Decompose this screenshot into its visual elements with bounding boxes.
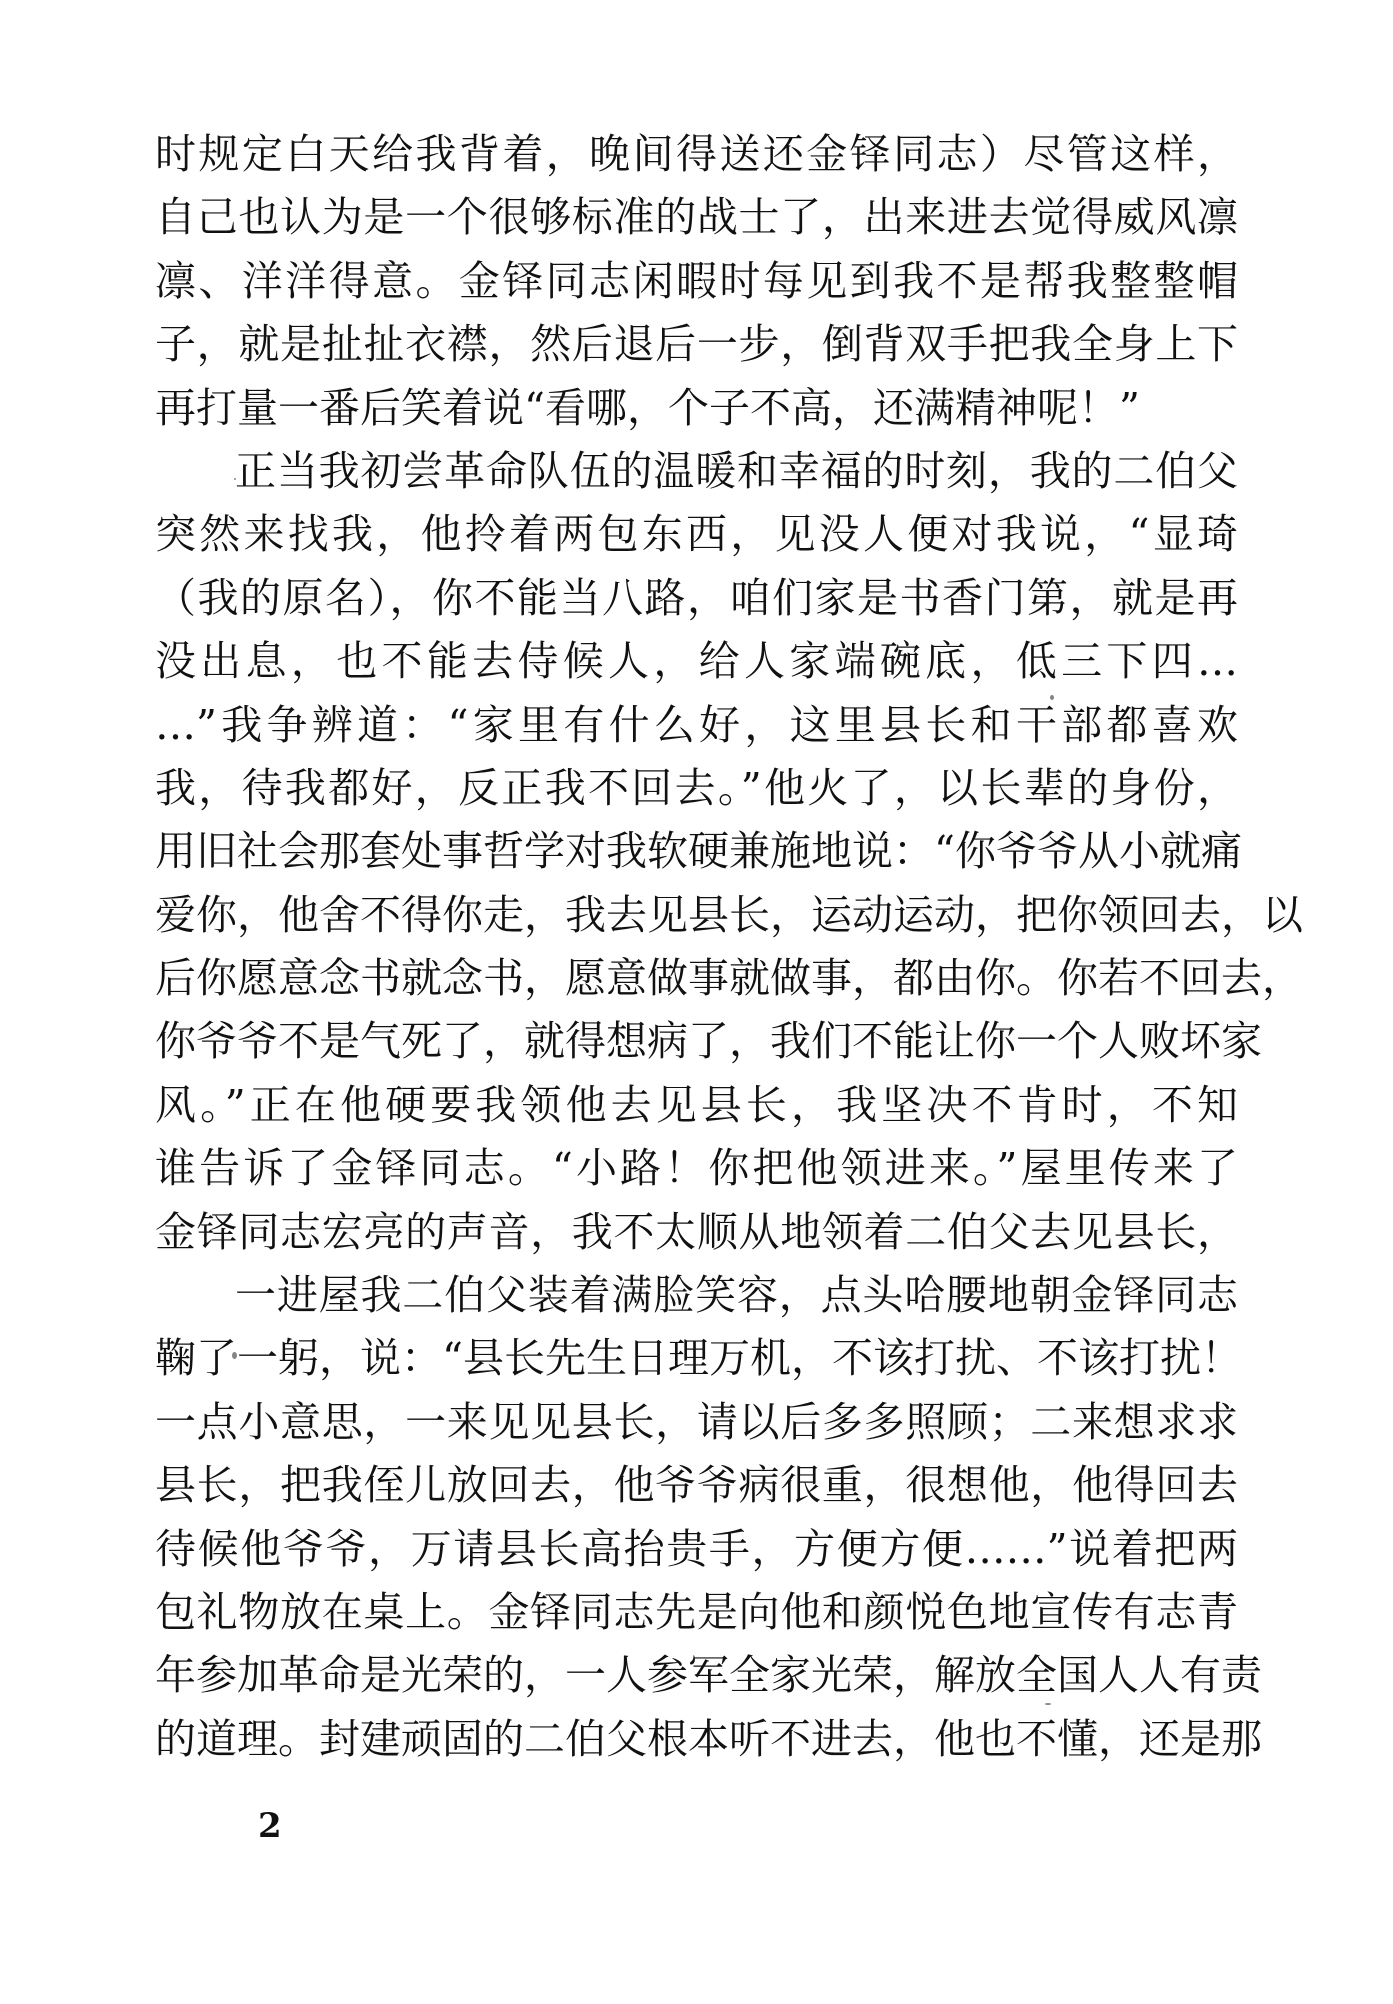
text-line: 谁告诉了金铎同志。“小路！你把他领进来。”屋里传来了 xyxy=(155,1137,1238,1200)
text-line: （我的原名），你不能当八路，咱们家是书香门第，就是再 xyxy=(155,567,1238,630)
text-line: 再打量一番后笑着说“看哪，个子不高，还满精神呢！” xyxy=(155,377,1238,440)
text-line: 一点小意思，一来见见县长，请以后多多照顾；二来想求求 xyxy=(155,1391,1238,1454)
text-line: 风。”正在他硬要我领他去见县长，我坚决不肯时，不知 xyxy=(155,1074,1238,1137)
text-line: 子，就是扯扯衣襟，然后退后一步，倒背双手把我全身上下 xyxy=(155,313,1238,376)
page-number: 2 xyxy=(258,1806,282,1846)
text-line: 的道理。封建顽固的二伯父根本听不进去，他也不懂，还是那 xyxy=(155,1708,1238,1771)
scanned-book-page: 时规定白天给我背着，晚间得送还金铎同志）尽管这样， 自己也认为是一个很够标准的战… xyxy=(0,0,1393,2004)
text-line: 你爷爷不是气死了，就得想病了，我们不能让你一个人败坏家 xyxy=(155,1010,1238,1073)
paragraph-start-line: 一进屋我二伯父装着满脸笑容，点头哈腰地朝金铎同志 xyxy=(155,1264,1238,1327)
text-line: …”我争辨道：“家里有什么好，这里县长和干部都喜欢 xyxy=(155,694,1238,757)
body-text: 时规定白天给我背着，晚间得送还金铎同志）尽管这样， 自己也认为是一个很够标准的战… xyxy=(155,123,1238,1771)
scan-speck xyxy=(1050,695,1054,700)
paragraph-start-line: 正当我初尝革命队伍的温暖和幸福的时刻，我的二伯父 xyxy=(155,440,1238,503)
text-line: 突然来找我，他拎着两包东西，见没人便对我说，“显琦 xyxy=(155,503,1238,566)
text-line: 年参加革命是光荣的，一人参军全家光荣，解放全国人人有责 xyxy=(155,1644,1238,1707)
text-line: 用旧社会那套处事哲学对我软硬兼施地说：“你爷爷从小就痛 xyxy=(155,820,1238,883)
text-line: 我，待我都好，反正我不回去。”他火了，以长辈的身份， xyxy=(155,757,1238,820)
text-line: 后你愿意念书就念书，愿意做事就做事，都由你。你若不回去， xyxy=(155,947,1238,1010)
scan-speck xyxy=(1045,1703,1051,1705)
scan-speck xyxy=(928,216,930,218)
scan-speck xyxy=(232,1352,237,1359)
text-line: 时规定白天给我背着，晚间得送还金铎同志）尽管这样， xyxy=(155,123,1238,186)
text-line: 爱你，他舍不得你走，我去见县长，运动运动，把你领回去，以 xyxy=(155,884,1238,947)
text-line: 包礼物放在桌上。金铎同志先是向他和颜悦色地宣传有志青 xyxy=(155,1581,1238,1644)
text-line: 县长，把我侄儿放回去，他爷爷病很重，很想他，他得回去 xyxy=(155,1454,1238,1517)
text-line: 凛、洋洋得意。金铎同志闲暇时每见到我不是帮我整整帽 xyxy=(155,250,1238,313)
text-line: 自己也认为是一个很够标准的战士了，出来进去觉得威风凛 xyxy=(155,186,1238,249)
text-line: 鞠了一躬，说：“县长先生日理万机，不该打扰、不该打扰！ xyxy=(155,1327,1238,1390)
scan-speck xyxy=(234,478,236,480)
text-line: 没出息，也不能去侍候人，给人家端碗底，低三下四… xyxy=(155,630,1238,693)
text-line: 金铎同志宏亮的声音，我不太顺从地领着二伯父去见县长， xyxy=(155,1201,1238,1264)
text-line: 待候他爷爷，万请县长高抬贵手，方便方便……”说着把两 xyxy=(155,1518,1238,1581)
